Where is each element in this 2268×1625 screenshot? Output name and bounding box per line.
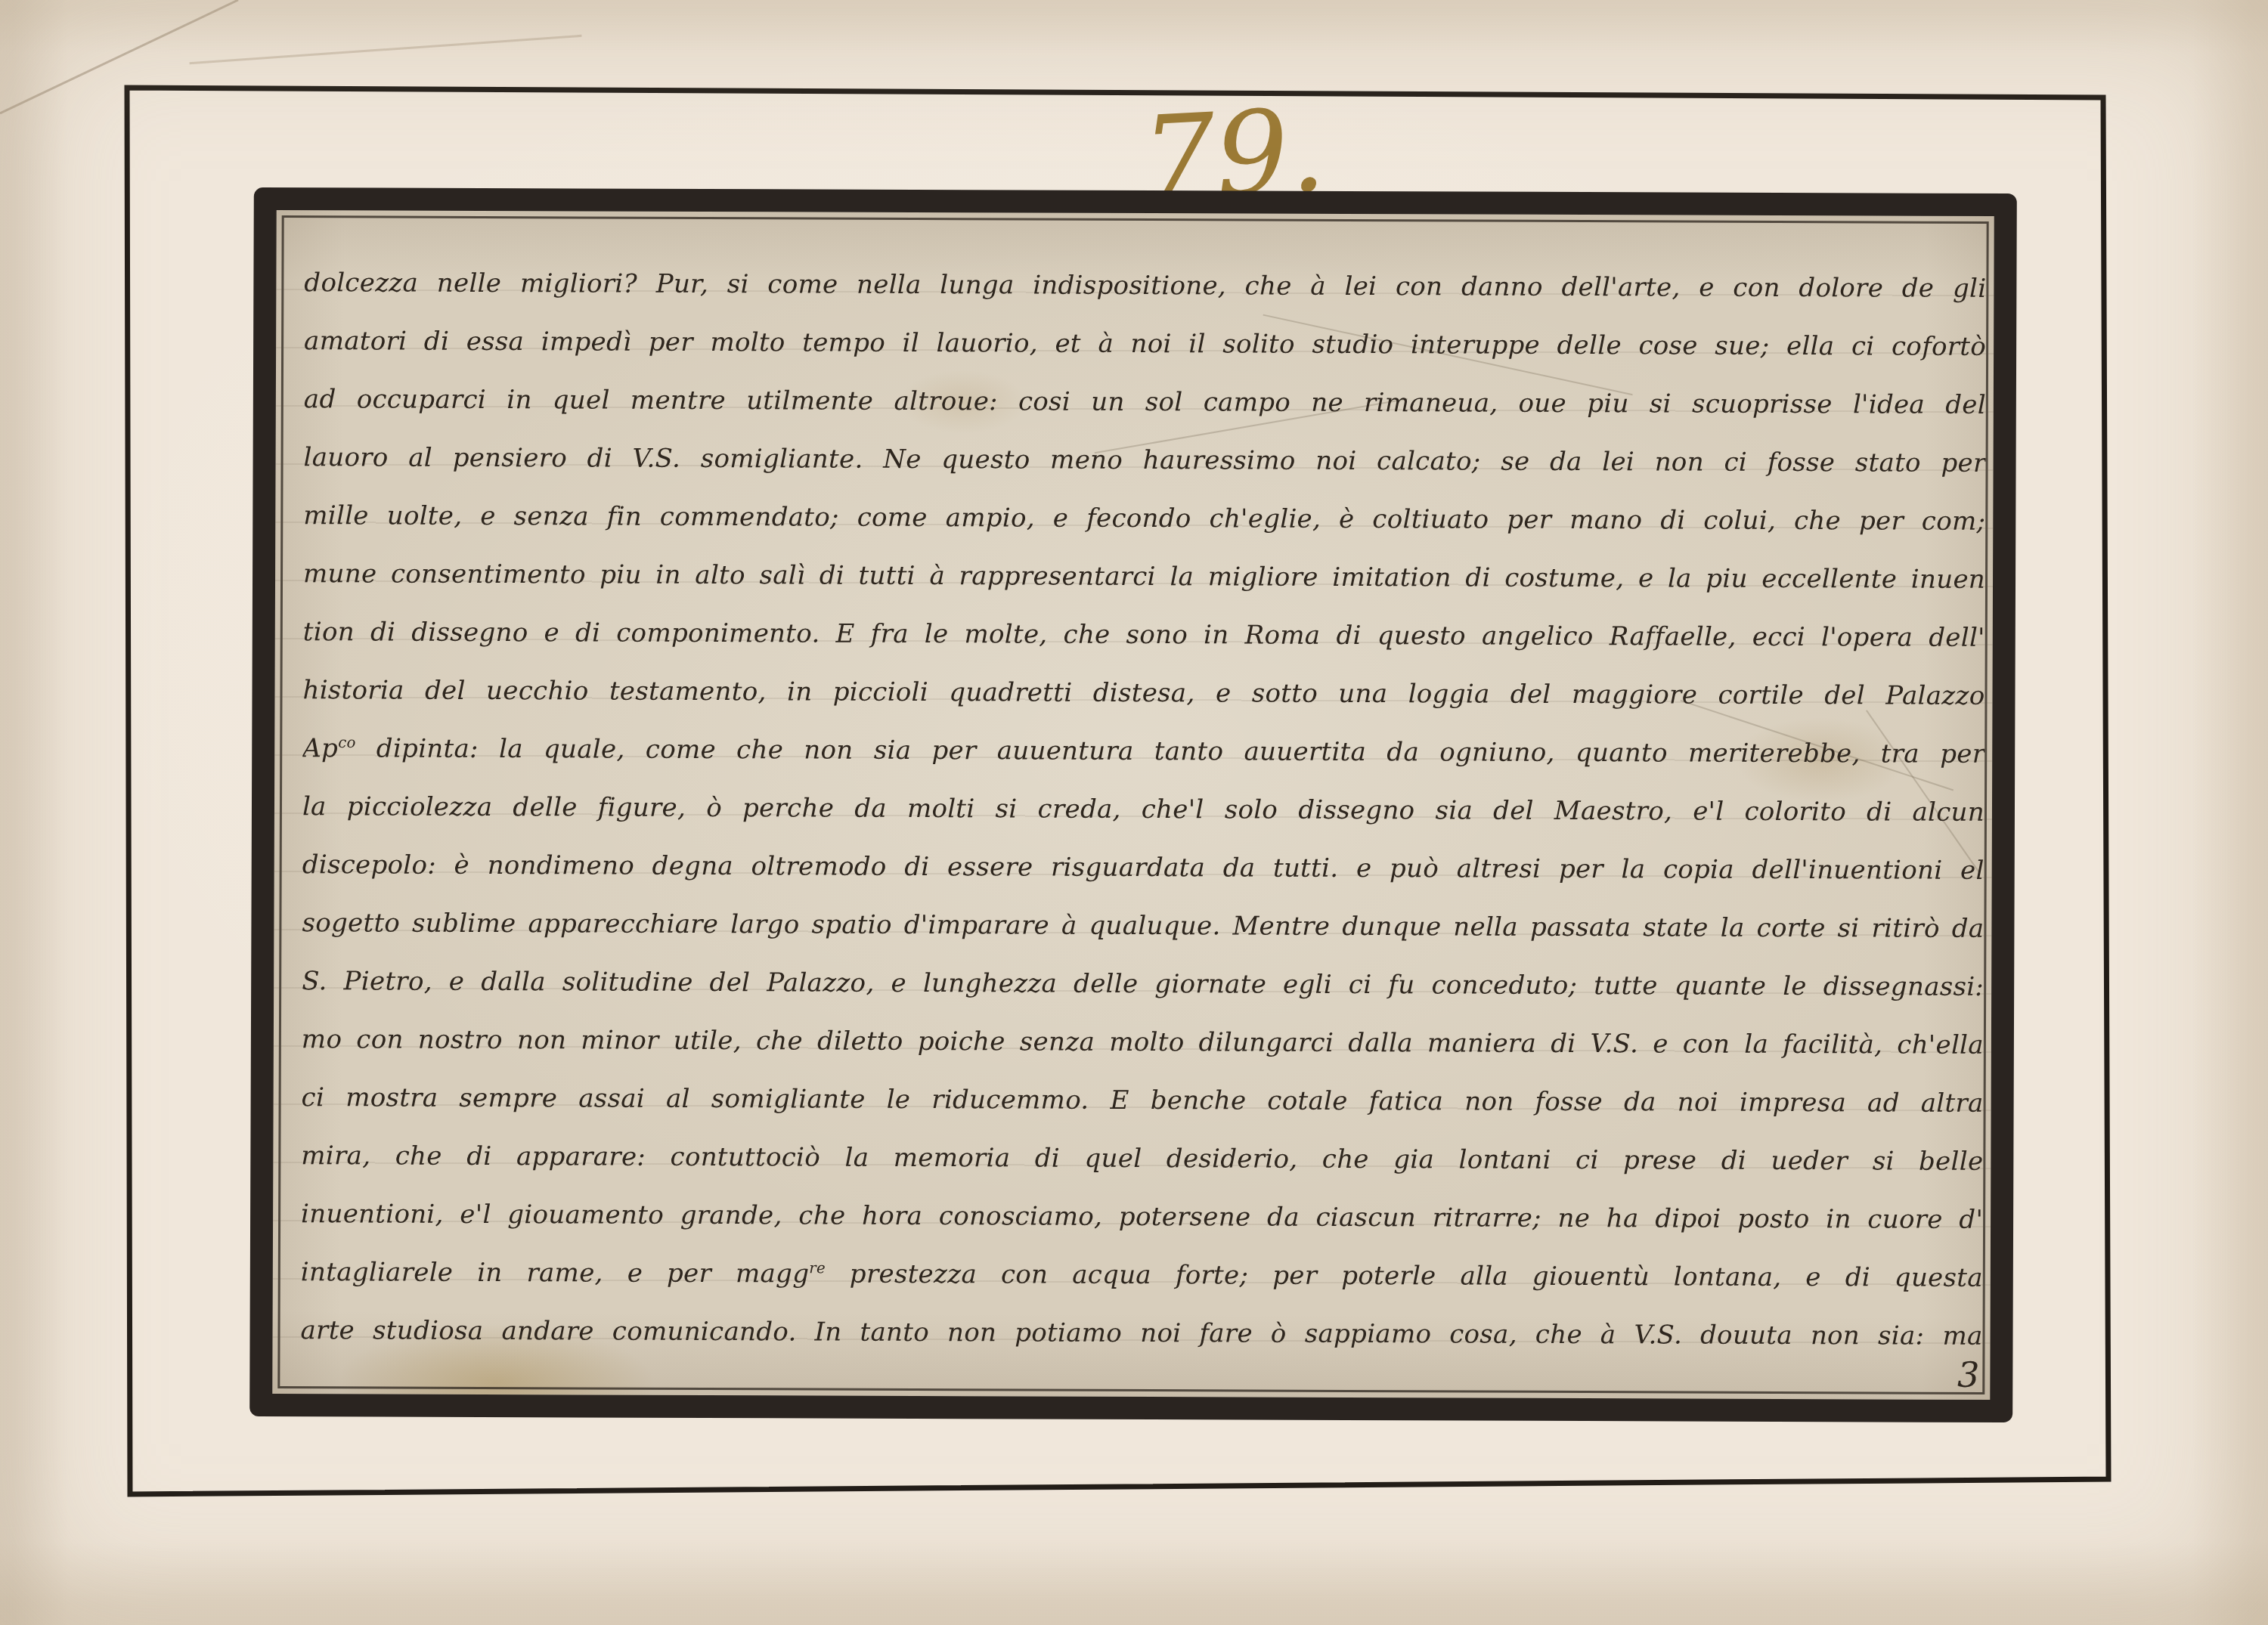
manuscript-line: dolcezza nelle migliori? Pur, si come ne…: [304, 254, 1986, 318]
engraved-plate: dolcezza nelle migliori? Pur, si come ne…: [249, 187, 2017, 1422]
manuscript-line: mo con nostro non minor utile, che dilet…: [302, 1011, 1984, 1075]
manuscript-line: mune consentimento piu in alto salì di t…: [303, 545, 1985, 609]
line-text: prestezza con acqua forte; per poterle a…: [826, 1259, 1983, 1293]
line-text: dipinta: la quale, come che non sia per …: [356, 733, 1985, 769]
manuscript-line: amatori di essa impedì per molto tempo i…: [304, 312, 1986, 376]
manuscript-line: discepolo: è nondimeno degna oltremodo d…: [302, 836, 1984, 900]
manuscript-line: arte studiosa andare comunicando. In tan…: [300, 1302, 1982, 1366]
manuscript-line: S. Pietro, e dalla solitudine del Palazz…: [302, 952, 1984, 1017]
manuscript-line: tion di dissegno e di componimento. E fr…: [303, 603, 1985, 667]
manuscript-page: 79. dolcezza nelle migliori? Pur, si com…: [0, 0, 2268, 1625]
manuscript-line: intagliarele in rame, e per maggre prest…: [301, 1243, 1983, 1308]
manuscript-line: ad occuparci in quel mentre utilmente al…: [304, 370, 1986, 435]
manuscript-line: historia del uecchio testamento, in picc…: [302, 661, 1984, 726]
superscript: co: [338, 734, 356, 751]
plate-signature: 3: [1957, 1354, 1979, 1395]
manuscript-line: sogetto sublime apparecchiare largo spat…: [302, 894, 1984, 958]
manuscript-line: lauoro al pensiero di V.S. somigliante. …: [303, 429, 1985, 493]
manuscript-line: inuentioni, e'l giouamento grande, che h…: [301, 1185, 1983, 1249]
manuscript-line: la picciolezza delle figure, ò perche da…: [302, 778, 1984, 842]
line-text: intagliarele in rame, e per magg: [301, 1257, 810, 1289]
line-text: Ap: [302, 733, 338, 763]
corner-fold-line: [0, 0, 238, 113]
text-block: dolcezza nelle migliori? Pur, si come ne…: [300, 254, 1986, 1366]
manuscript-line: mira, che di apparare: contuttociò la me…: [301, 1127, 1983, 1191]
manuscript-line: mille uolte, e senza fin commendato; com…: [303, 487, 1985, 551]
manuscript-line: Apco dipinta: la quale, come che non sia…: [302, 720, 1984, 784]
superscript: re: [809, 1259, 826, 1277]
manuscript-line: ci mostra sempre assai al somigliante le…: [302, 1069, 1984, 1133]
